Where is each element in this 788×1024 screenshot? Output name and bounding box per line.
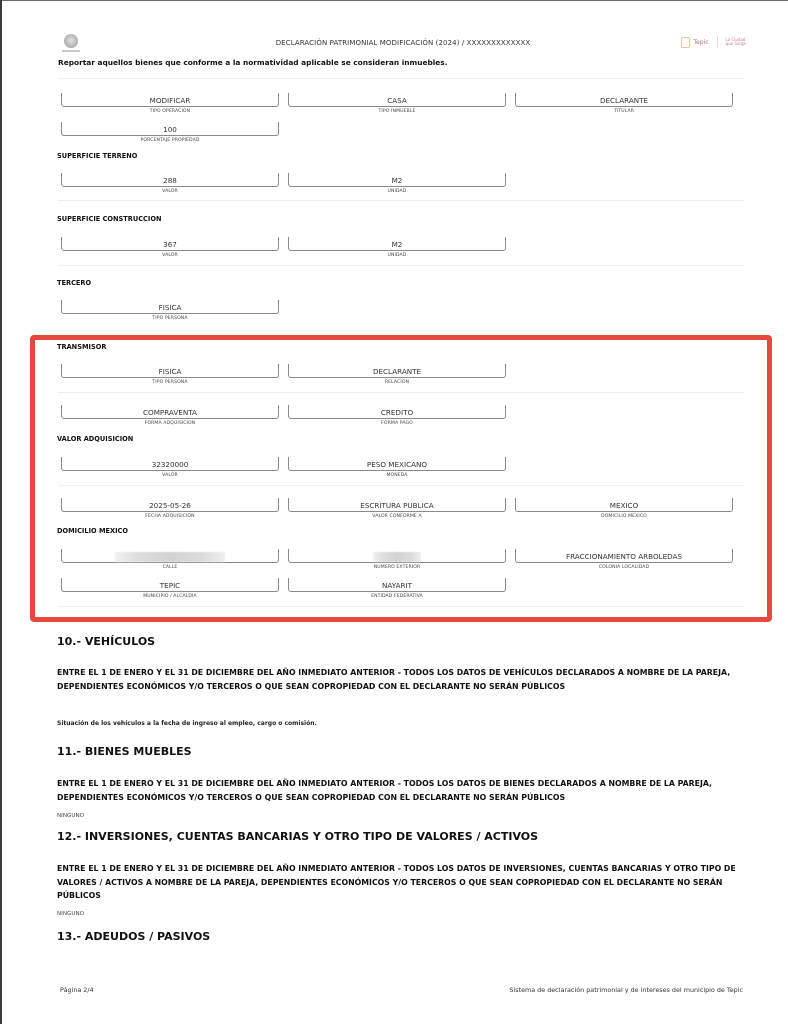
page-frame-left (0, 0, 2, 1024)
field-terreno-unidad: M2 UNIDAD (288, 176, 506, 198)
redacted-text (373, 552, 421, 562)
redacted-text (115, 552, 225, 562)
field-value: FRACCIONAMIENTO ARBOLEDAS (515, 552, 733, 561)
field-value: 288 (61, 176, 279, 185)
tepic-logo: Tepic La Ciudad que Surge (681, 36, 746, 48)
field-value: NAYARIT (288, 581, 506, 590)
field-value: MEXICO (515, 501, 733, 510)
page-number: Página 2/4 (60, 986, 94, 994)
field-colonia: FRACCIONAMIENTO ARBOLEDAS COLONIA LOCALI… (515, 552, 733, 574)
field-tercero-tipo-persona: FISICA TIPO PERSONA (61, 303, 279, 325)
field-transmisor-relacion: DECLARANTE RELACION (288, 367, 506, 389)
field-titular: DECLARANTE TITULAR (515, 96, 733, 118)
field-caption: TIPO INMUEBLE (288, 109, 506, 114)
field-caption: VALOR (61, 253, 279, 258)
divider (58, 485, 744, 486)
field-caption: VALOR CONFORME A (288, 514, 506, 519)
document-header: DECLARACIÓN PATRIMONIAL MODIFICACIÓN (20… (58, 34, 748, 56)
brand-name: Tepic (693, 39, 708, 46)
field-construccion-valor: 367 VALOR (61, 240, 279, 262)
field-forma-adquisicion: COMPRAVENTA FORMA ADQUISICION (61, 408, 279, 430)
field-caption: FORMA PAGO (288, 421, 506, 426)
field-caption: TIPO PERSONA (61, 380, 279, 385)
field-caption: TITULAR (515, 109, 733, 114)
section-label-domicilio-mexico: DOMICILIO MEXICO (57, 527, 128, 535)
section-subtext-vehiculos: Situación de los vehículos a la fecha de… (57, 720, 317, 727)
field-value: MODIFICAR (61, 96, 279, 105)
field-caption: TIPO PERSONA (61, 316, 279, 321)
field-tipo-inmueble: CASA TIPO INMUEBLE (288, 96, 506, 118)
section-value-inversiones: NINGUNO (57, 911, 84, 917)
field-caption: NUMERO EXTERIOR (288, 565, 506, 570)
field-value: DECLARANTE (515, 96, 733, 105)
field-caption: RELACION (288, 380, 506, 385)
field-value: COMPRAVENTA (61, 408, 279, 417)
field-caption: CALLE (61, 565, 279, 570)
section-value-bienes-muebles: NINGUNO (57, 813, 84, 819)
field-fecha-adquisicion: 2025-05-26 FECHA ADQUISICION (61, 501, 279, 523)
field-caption: UNIDAD (288, 253, 506, 258)
field-value: M2 (288, 240, 506, 249)
section-note-bienes-muebles: ENTRE EL 1 DE ENERO Y EL 31 DE DICIEMBRE… (57, 777, 747, 804)
field-caption: DOMICILIO MEXICO (515, 514, 733, 519)
section-label-transmisor: TRANSMISOR (57, 343, 106, 351)
field-value-redacted (288, 552, 506, 562)
field-caption: FECHA ADQUISICION (61, 514, 279, 519)
divider (58, 78, 744, 79)
field-caption: COLONIA LOCALIDAD (515, 565, 733, 570)
document-title: DECLARACIÓN PATRIMONIAL MODIFICACIÓN (20… (58, 39, 748, 47)
intro-text: Reportar aquellos bienes que conforme a … (58, 58, 448, 67)
field-caption: TIPO OPERACION (61, 109, 279, 114)
section-note-inversiones: ENTRE EL 1 DE ENERO Y EL 31 DE DICIEMBRE… (57, 862, 747, 903)
field-value: TEPIC (61, 581, 279, 590)
field-caption: ENTIDAD FEDERATIVA (288, 594, 506, 599)
field-value: 2025-05-26 (61, 501, 279, 510)
field-tipo-operacion: MODIFICAR TIPO OPERACION (61, 96, 279, 118)
logo-divider (717, 36, 718, 48)
field-municipio: TEPIC MUNICIPIO / ALCALDIA (61, 581, 279, 603)
section-label-superficie-terreno: SUPERFICIE TERRENO (57, 152, 137, 160)
field-caption: UNIDAD (288, 189, 506, 194)
field-caption: MUNICIPIO / ALCALDIA (61, 594, 279, 599)
field-value: FISICA (61, 367, 279, 376)
section-note-vehiculos: ENTRE EL 1 DE ENERO Y EL 31 DE DICIEMBRE… (57, 666, 747, 693)
section-label-superficie-construccion: SUPERFICIE CONSTRUCCION (57, 215, 161, 223)
field-value: CREDITO (288, 408, 506, 417)
field-value: ESCRITURA PUBLICA (288, 501, 506, 510)
field-value: 100 (61, 125, 279, 134)
field-terreno-valor: 288 VALOR (61, 176, 279, 198)
divider (58, 606, 744, 607)
field-construccion-unidad: M2 UNIDAD (288, 240, 506, 262)
divider (58, 265, 744, 266)
field-calle: CALLE (61, 552, 279, 574)
brand-tagline: La Ciudad que Surge (726, 38, 746, 46)
field-entidad-federativa: NAYARIT ENTIDAD FEDERATIVA (288, 581, 506, 603)
field-forma-pago: CREDITO FORMA PAGO (288, 408, 506, 430)
field-value: 367 (61, 240, 279, 249)
section-label-valor-adquisicion: VALOR ADQUISICION (57, 435, 133, 443)
field-valor-adquisicion: 32320000 VALOR (61, 460, 279, 482)
field-caption: FORMA ADQUISICION (61, 421, 279, 426)
section-heading-inversiones: 12.- INVERSIONES, CUENTAS BANCARIAS Y OT… (57, 830, 538, 843)
field-value: DECLARANTE (288, 367, 506, 376)
divider (58, 392, 744, 393)
field-valor-conforme: ESCRITURA PUBLICA VALOR CONFORME A (288, 501, 506, 523)
field-value-redacted (61, 552, 279, 562)
tepic-emblem-icon (681, 37, 690, 48)
field-porcentaje-propiedad: 100 PORCENTAJE PROPIEDAD (61, 125, 279, 147)
field-domicilio-mexico: MEXICO DOMICILIO MEXICO (515, 501, 733, 523)
divider (58, 200, 744, 201)
footer-system-name: Sistema de declaración patrimonial y de … (509, 986, 743, 994)
page-frame-top (0, 0, 788, 1)
section-heading-adeudos: 13.- ADEUDOS / PASIVOS (57, 930, 210, 943)
section-label-tercero: TERCERO (57, 279, 91, 287)
section-heading-vehiculos: 10.- VEHÍCULOS (57, 635, 155, 648)
field-value: CASA (288, 96, 506, 105)
field-value: M2 (288, 176, 506, 185)
field-caption: VALOR (61, 189, 279, 194)
field-moneda: PESO MEXICANO MONEDA (288, 460, 506, 482)
field-transmisor-tipo-persona: FISICA TIPO PERSONA (61, 367, 279, 389)
field-caption: PORCENTAJE PROPIEDAD (61, 138, 279, 143)
field-value: FISICA (61, 303, 279, 312)
field-caption: MONEDA (288, 473, 506, 478)
field-value: 32320000 (61, 460, 279, 469)
field-caption: VALOR (61, 473, 279, 478)
field-numero-exterior: NUMERO EXTERIOR (288, 552, 506, 574)
section-heading-bienes-muebles: 11.- BIENES MUEBLES (57, 745, 192, 758)
field-value: PESO MEXICANO (288, 460, 506, 469)
